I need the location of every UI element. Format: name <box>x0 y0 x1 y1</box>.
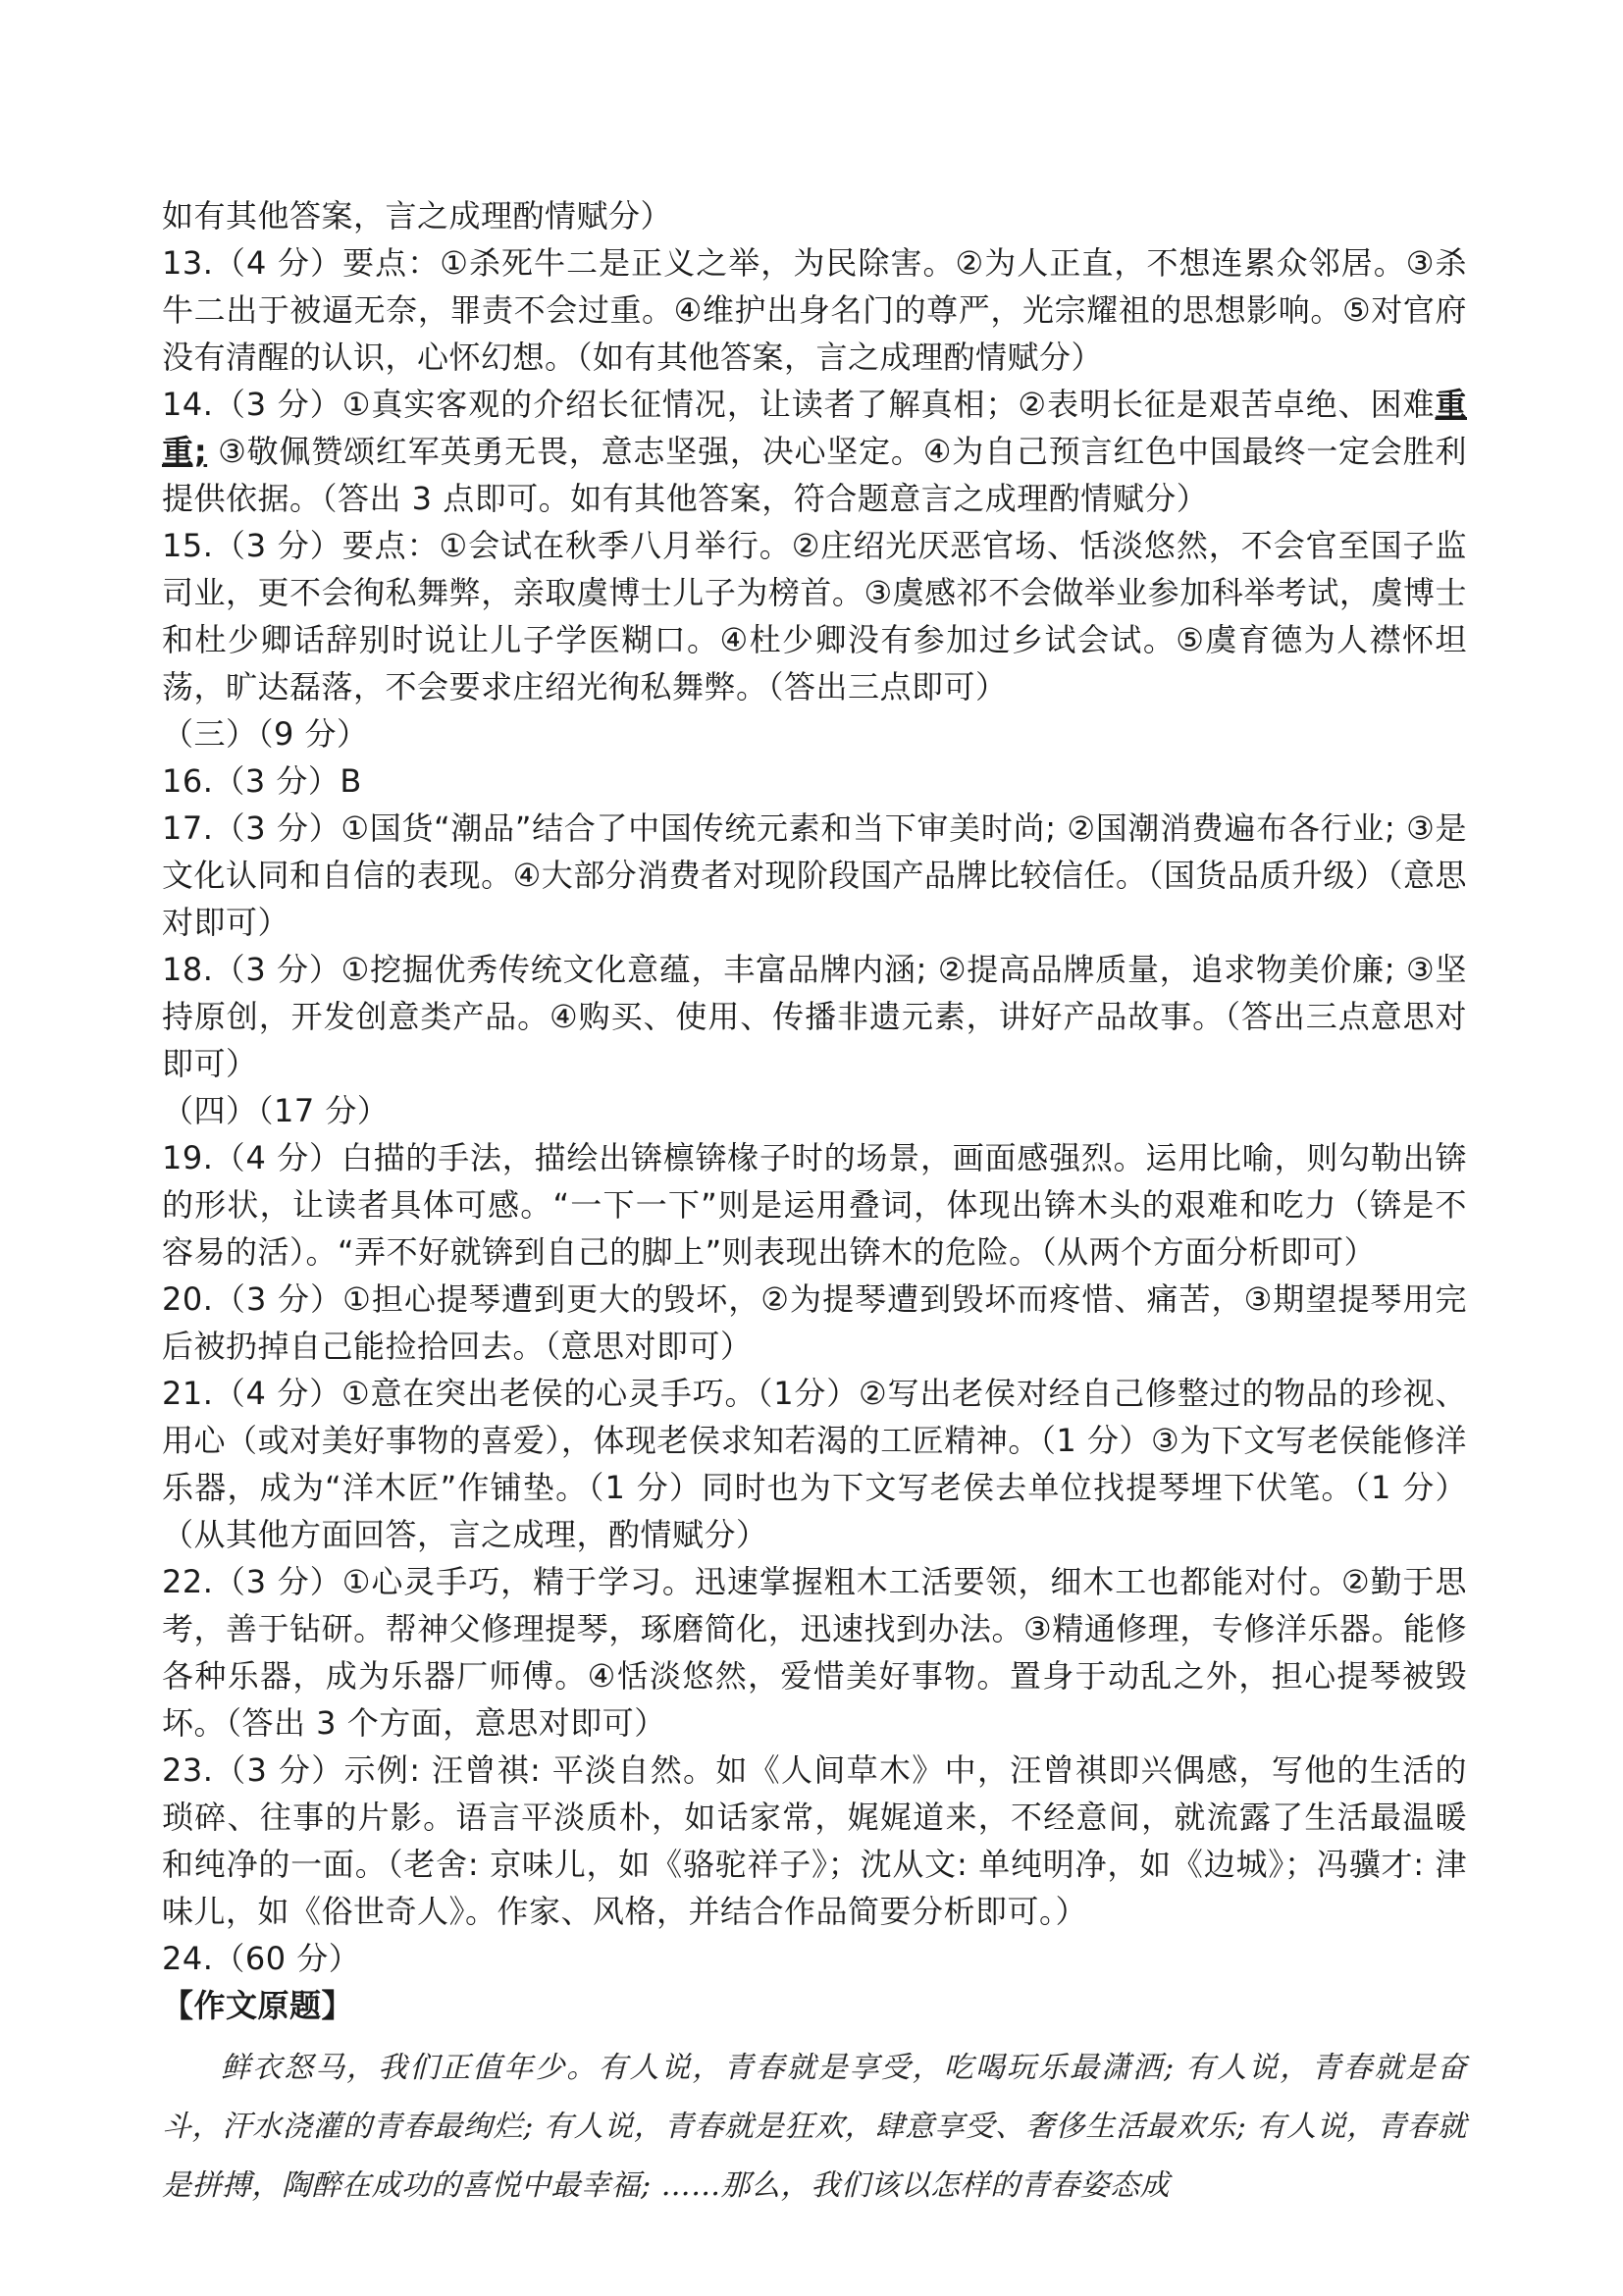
answer-q13: 13.（4 分）要点：①杀死牛二是正义之举，为民除害。②为人正直，不想连累众邻居… <box>162 239 1467 381</box>
answer-q20: 20.（3 分）①担心提琴遭到更大的毁坏，②为提琴遭到毁坏而疼惜、痛苦，③期望提… <box>162 1276 1467 1370</box>
section-four-heading: （四）（17 分） <box>162 1087 1467 1134</box>
answer-q21: 21.（4 分）①意在突出老侯的心灵手巧。（1分）②写出老侯对经自己修整过的物品… <box>162 1370 1467 1558</box>
answer-intro-line: 如有其他答案，言之成理酌情赋分） <box>162 192 1467 239</box>
answer-q19: 19.（4 分）白描的手法，描绘出锛檩锛椽子时的场景，画面感强烈。运用比喻，则勾… <box>162 1134 1467 1276</box>
answer-q17: 17.（3 分）①国货“潮品”结合了中国传统元素和当下审美时尚; ②国潮消费遍布… <box>162 805 1467 946</box>
answer-q22: 22.（3 分）①心灵手巧，精于学习。迅速掌握粗木工活要领，细木工也都能对付。②… <box>162 1558 1467 1747</box>
answer-key-content: 如有其他答案，言之成理酌情赋分） 13.（4 分）要点：①杀死牛二是正义之举，为… <box>162 192 1467 2216</box>
scanned-answer-key-page: 如有其他答案，言之成理酌情赋分） 13.（4 分）要点：①杀死牛二是正义之举，为… <box>0 0 1623 2296</box>
answer-q18: 18.（3 分）①挖掘优秀传统文化意蕴，丰富品牌内涵; ②提高品牌质量，追求物美… <box>162 946 1467 1087</box>
answer-q16: 16.（3 分）B <box>162 757 1467 805</box>
answer-q15: 15.（3 分）要点：①会试在秋季八月举行。②庄绍光厌恶官场、恬淡悠然，不会官至… <box>162 522 1467 710</box>
answer-q14: 14.（3 分）①真实客观的介绍长征情况，让读者了解真相；②表明长征是艰苦卓绝、… <box>162 381 1467 522</box>
answer-q14-pre: 14.（3 分）①真实客观的介绍长征情况，让读者了解真相；②表明长征是艰苦卓绝、… <box>162 386 1435 423</box>
answer-q23: 23.（3 分）示例: 汪曾祺: 平淡自然。如《人间草木》中，汪曾祺即兴偶感，写… <box>162 1747 1467 1935</box>
essay-original-title-heading: 【作文原题】 <box>162 1982 1467 2029</box>
answer-q14-post: ③敬佩赞颂红军英勇无畏，意志坚强，决心坚定。④为自己预言红色中国最终一定会胜利提… <box>162 433 1467 517</box>
section-three-heading: （三）（9 分） <box>162 710 1467 757</box>
answer-q24: 24.（60 分） <box>162 1935 1467 1982</box>
essay-prompt-text: 鲜衣怒马，我们正值年少。有人说，青春就是享受，吃喝玩乐最潇洒; 有人说，青春就是… <box>162 2039 1467 2216</box>
